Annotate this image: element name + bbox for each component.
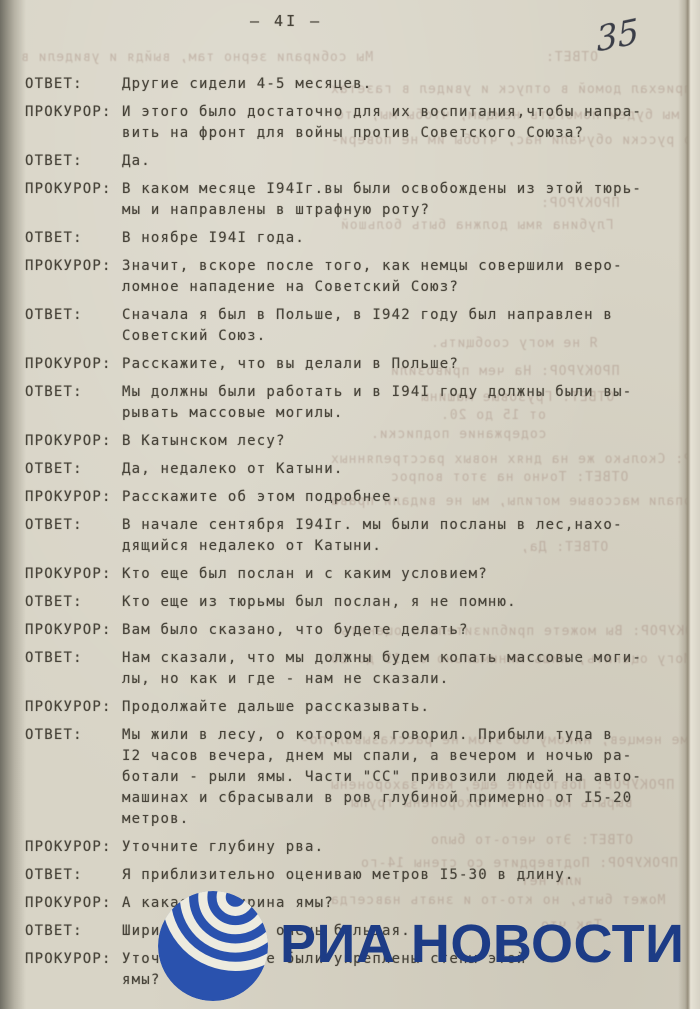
- dialogue-row: ОТВЕТ: Да, недалеко от Катыни.: [25, 459, 673, 480]
- dialogue-row: ПРОКУРОР: Кто еще был послан и с каким у…: [25, 564, 673, 585]
- speaker-label: ОТВЕТ:: [25, 74, 122, 95]
- dialogue-text: И этого было достаточно для их воспитани…: [122, 102, 673, 144]
- dialogue-text: Нам сказали, что мы должны будем копать …: [122, 648, 673, 690]
- dialogue-text: В Катынском лесу?: [122, 431, 673, 452]
- dialogue-row: ОТВЕТ: Я приблизительно оцениваю метров …: [25, 865, 673, 886]
- speaker-label: ПРОКУРОР:: [25, 697, 122, 718]
- speaker-label: ОТВЕТ:: [25, 151, 122, 172]
- speaker-label: ПРОКУРОР:: [25, 893, 122, 914]
- ria-wordmark: РИА НОВОСТИ: [280, 917, 684, 971]
- dialogue-text: Вам было сказано, что будете делать?: [122, 620, 673, 641]
- dialogue-row: ПРОКУРОР: Вам было сказано, что будете д…: [25, 620, 673, 641]
- dialogue-row: ПРОКУРОР: Продолжайте дальше рассказыват…: [25, 697, 673, 718]
- ria-globe-icon: [158, 891, 268, 1001]
- speaker-label: ОТВЕТ:: [25, 921, 122, 942]
- speaker-label: ОТВЕТ:: [25, 865, 122, 886]
- speaker-label: ОТВЕТ:: [25, 592, 122, 613]
- speaker-label: ОТВЕТ:: [25, 382, 122, 424]
- speaker-label: ПРОКУРОР:: [25, 256, 122, 298]
- dialogue-row: ОТВЕТ: Да.: [25, 151, 673, 172]
- dialogue-text: Кто еще был послан и с каким условием?: [122, 564, 673, 585]
- dialogue-text: Уточните глубину рва.: [122, 837, 673, 858]
- page-number: – 4I –: [250, 12, 322, 30]
- speaker-label: ПРОКУРОР:: [25, 431, 122, 452]
- speaker-label: ПРОКУРОР:: [25, 487, 122, 508]
- dialogue-text: Расскажите об этом подробнее.: [122, 487, 673, 508]
- dialogue-text: Да.: [122, 151, 673, 172]
- handwritten-folio-number: 35: [595, 11, 640, 60]
- dialogue-row: ОТВЕТ: Кто еще из тюрьмы был послан, я н…: [25, 592, 673, 613]
- dialogue-text: Другие сидели 4-5 месяцев.: [122, 74, 673, 95]
- speaker-label: ОТВЕТ:: [25, 515, 122, 557]
- dialogue-row: ПРОКУРОР: В Катынском лесу?: [25, 431, 673, 452]
- speaker-label: ПРОКУРОР:: [25, 354, 122, 375]
- speaker-label: ПРОКУРОР:: [25, 564, 122, 585]
- dialogue-text: Да, недалеко от Катыни.: [122, 459, 673, 480]
- bleedthrough-text: ОТВЕТ:: [545, 50, 598, 65]
- dialogue-row: ОТВЕТ: В начале сентября I94Iг. мы были …: [25, 515, 673, 557]
- dialogue-text: Продолжайте дальше рассказывать.: [122, 697, 673, 718]
- page-right-edge: [678, 0, 700, 1009]
- ria-novosti-watermark: РИА НОВОСТИ: [158, 891, 684, 1001]
- speaker-label: ОТВЕТ:: [25, 725, 122, 830]
- page-left-edge: [0, 0, 26, 1009]
- dialogue-text: Сначала я был в Польше, в I942 году был …: [122, 305, 673, 347]
- dialogue-text: В каком месяце I94Iг.вы были освобождены…: [122, 179, 673, 221]
- dialogue-row: ПРОКУРОР: В каком месяце I94Iг.вы были о…: [25, 179, 673, 221]
- speaker-label: ОТВЕТ:: [25, 305, 122, 347]
- speaker-label: ПРОКУРОР:: [25, 949, 122, 991]
- dialogue-text: Значит, вскоре после того, как немцы сов…: [122, 256, 673, 298]
- dialogue-text: Мы должны были работать и в I94I году до…: [122, 382, 673, 424]
- speaker-label: ОТВЕТ:: [25, 459, 122, 480]
- speaker-label: ПРОКУРОР:: [25, 620, 122, 641]
- dialogue-row: ОТВЕТ: Нам сказали, что мы должны будем …: [25, 648, 673, 690]
- speaker-label: ПРОКУРОР:: [25, 179, 122, 221]
- document-page: Мы собирали зерно там, выйдя и увидели в…: [0, 0, 700, 1009]
- dialogue-row: ПРОКУРОР: Расскажите об этом подробнее.: [25, 487, 673, 508]
- dialogue-row: ОТВЕТ: Сначала я был в Польше, в I942 го…: [25, 305, 673, 347]
- dialogue-row: ПРОКУРОР: Уточните глубину рва.: [25, 837, 673, 858]
- dialogue-text: В начале сентября I94Iг. мы были посланы…: [122, 515, 673, 557]
- dialogue-text: Кто еще из тюрьмы был послан, я не помню…: [122, 592, 673, 613]
- dialogue-row: ОТВЕТ: Другие сидели 4-5 месяцев.: [25, 74, 673, 95]
- dialogue-text: В ноябре I94I года.: [122, 228, 673, 249]
- dialogue-text: Я приблизительно оцениваю метров I5-30 в…: [122, 865, 673, 886]
- speaker-label: ПРОКУРОР:: [25, 837, 122, 858]
- dialogue-text: Мы жили в лесу, о котором я говорил. При…: [122, 725, 673, 830]
- speaker-label: ОТВЕТ:: [25, 648, 122, 690]
- speaker-label: ПРОКУРОР:: [25, 102, 122, 144]
- speaker-label: ОТВЕТ:: [25, 228, 122, 249]
- dialogue-row: ОТВЕТ: Мы должны были работать и в I94I …: [25, 382, 673, 424]
- dialogue-row: ОТВЕТ: В ноябре I94I года.: [25, 228, 673, 249]
- dialogue-row: ПРОКУРОР: Расскажите, что вы делали в По…: [25, 354, 673, 375]
- dialogue-row: ОТВЕТ: Мы жили в лесу, о котором я говор…: [25, 725, 673, 830]
- dialogue-row: ПРОКУРОР: Значит, вскоре после того, как…: [25, 256, 673, 298]
- bleedthrough-text: Мы собирали зерно там, выйдя и увидели в: [20, 50, 373, 65]
- dialogue-text: Расскажите, что вы делали в Польше?: [122, 354, 673, 375]
- dialogue-row: ПРОКУРОР: И этого было достаточно для их…: [25, 102, 673, 144]
- transcript: ОТВЕТ: Другие сидели 4-5 месяцев. ПРОКУР…: [25, 74, 673, 998]
